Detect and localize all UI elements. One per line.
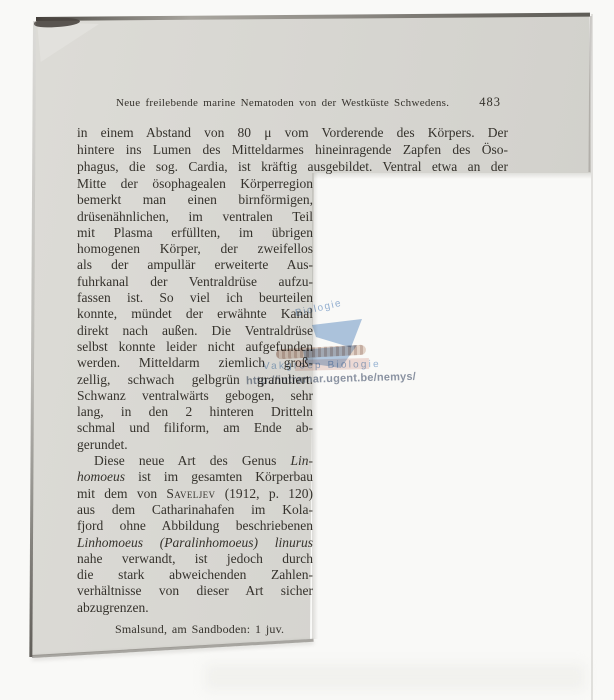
body-line: homoeus ist im gesamten Körperbau	[77, 469, 313, 485]
species-name-line: Linhomoeus (Paralinhomoeus) linurus	[77, 535, 313, 551]
running-header: Neue freilebende marine Nematoden von de…	[77, 95, 501, 110]
body-line: hintere ins Lumen des Mitteldarmes hinei…	[77, 141, 508, 158]
body-line: in einem Abstand von 80 μ vom Vorderende…	[77, 124, 508, 141]
body-line: konnte, mündet der erwähnte Kanal	[77, 306, 313, 322]
body-line: Diese neue Art des Genus Lin-	[77, 453, 313, 469]
body-text: ist im gesamten Körperbau	[125, 469, 313, 484]
body-line: gerundet.	[77, 437, 313, 453]
author-smallcaps: Saveljev	[166, 486, 215, 501]
species-name-italic: homoeus	[77, 469, 125, 484]
body-line: lang, in den 2 hinteren Dritteln	[77, 404, 313, 420]
scanned-journal-page: Neue freilebende marine Nematoden von de…	[0, 0, 614, 700]
body-line: mit Plasma erfüllten, im übrigen	[77, 225, 313, 241]
backing-sheet-edge	[591, 14, 593, 700]
body-text: (1912, p. 120)	[215, 486, 313, 501]
body-line: fuhrkanal der Ventraldrüse aufzu-	[77, 274, 313, 290]
body-line: aus dem Catharinahafen im Kola-	[77, 502, 313, 518]
ink-bleedthrough	[205, 664, 585, 690]
body-line: schmal und filiform, am Ende ab-	[77, 420, 313, 436]
stamp-department-text: Vakgroep Biologie	[263, 359, 381, 372]
page-number: 483	[479, 95, 501, 110]
body-line: als der ampullär erweiterte Aus-	[77, 257, 313, 273]
locality-note: Smalsund, am Sandboden: 1 juv.	[115, 622, 284, 637]
body-line: Mitte der ösophagealen Körperregion	[77, 176, 313, 192]
header-title: Neue freilebende marine Nematoden von de…	[116, 97, 449, 109]
body-line: drüsenähnlichen, im ventralen Teil	[77, 209, 313, 225]
body-line: nahe verwandt, ist jedoch durch	[77, 551, 313, 567]
body-line: Schwanz ventralwärts gebogen, sehr	[77, 388, 313, 404]
body-text: Diese neue Art des Genus	[94, 453, 290, 468]
body-line: abzugrenzen.	[77, 600, 313, 616]
body-text: mit dem von	[77, 486, 166, 501]
body-line: die stark abweichenden Zahlen-	[77, 567, 313, 583]
paragraph-full-width: in einem Abstand von 80 μ vom Vorderende…	[77, 124, 508, 175]
body-line: homogenen Körper, der zweifellos	[77, 241, 313, 257]
right-edge-shadow	[588, 16, 591, 172]
body-line: direkt nach außen. Die Ventraldrüse	[77, 323, 313, 339]
body-line: fjord ohne Abbildung beschriebenen	[77, 518, 313, 534]
body-line: phagus, die sog. Cardia, ist kräftig aus…	[77, 158, 508, 175]
body-line: fassen ist. So viel ich beurteilen	[77, 290, 313, 306]
paragraph-narrow-column: Mitte der ösophagealen Körperregion beme…	[77, 176, 313, 616]
body-line: mit dem von Saveljev (1912, p. 120)	[77, 486, 313, 502]
species-name-italic: Lin-	[290, 453, 313, 468]
body-line: bemerkt man einen birnförmigen,	[77, 192, 313, 208]
body-line: verhältnisse von dieser Art sicher	[77, 583, 313, 599]
